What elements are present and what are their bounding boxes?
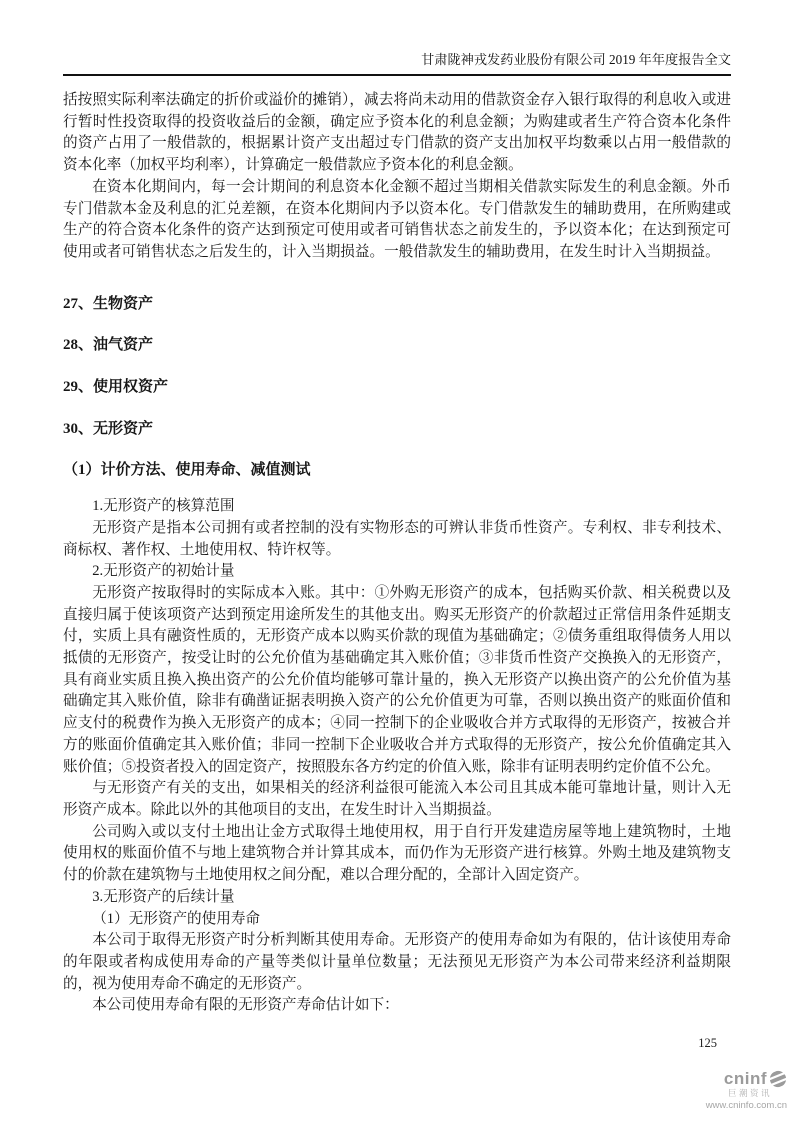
body-paragraph: 无形资产按取得时的实际成本入账。其中：①外购无形资产的成本，包括购买价款、相关税…	[63, 583, 731, 778]
body-paragraph: 公司购入或以支付土地出让金方式取得土地使用权，用于自行开发建造房屋等地上建筑物时…	[63, 822, 731, 887]
section-heading-29-right-of-use-assets: 29、使用权资产	[63, 377, 731, 399]
section-heading-30-intangible-assets: 30、无形资产	[63, 419, 731, 441]
cninfo-brand-row: cninf	[706, 1070, 787, 1088]
cninfo-logo: cninf 巨潮资讯 www.cninfo.com.cn	[706, 1070, 787, 1112]
body-paragraph: 2.无形资产的初始计量	[63, 561, 731, 583]
body-paragraph: 本公司使用寿命有限的无形资产寿命估计如下：	[63, 995, 731, 1017]
cninfo-brand-text: cninf	[724, 1070, 767, 1088]
body-paragraph: 本公司于取得无形资产时分析判断其使用寿命。无形资产的使用寿命如为有限的，估计该使…	[63, 930, 731, 995]
body-paragraph: （1）无形资产的使用寿命	[63, 909, 731, 931]
body-paragraph: 在资本化期间内，每一会计期间的利息资本化金额不超过当期相关借款实际发生的利息金额…	[63, 177, 731, 264]
section-heading-27-biological-assets: 27、生物资产	[63, 294, 731, 316]
cninfo-swirl-icon	[769, 1070, 787, 1088]
subsection-heading-valuation-method: （1）计价方法、使用寿命、减值测试	[63, 460, 731, 482]
body-paragraph: 无形资产是指本公司拥有或者控制的没有实物形态的可辨认非货币性资产。专利权、非专利…	[63, 518, 731, 561]
report-title: 甘肃陇神戎发药业股份有限公司 2019 年年度报告全文	[421, 52, 731, 67]
page-header: 甘肃陇神戎发药业股份有限公司 2019 年年度报告全文	[63, 50, 731, 76]
body-paragraph: 括按照实际利率法确定的折价或溢价的摊销），减去将尚未动用的借款资金存入银行取得的…	[63, 90, 731, 177]
body-paragraph: 与无形资产有关的支出，如果相关的经济利益很可能流入本公司且其成本能可靠地计量，则…	[63, 778, 731, 821]
page-number: 125	[698, 1036, 717, 1051]
document-body: 括按照实际利率法确定的折价或溢价的摊销），减去将尚未动用的借款资金存入银行取得的…	[63, 90, 731, 1017]
body-paragraph: 3.无形资产的后续计量	[63, 887, 731, 909]
cninfo-chinese-name: 巨潮资讯	[706, 1088, 787, 1098]
cninfo-url: www.cninfo.com.cn	[706, 1100, 787, 1112]
section-heading-28-oil-gas-assets: 28、油气资产	[63, 335, 731, 357]
report-page: 甘肃陇神戎发药业股份有限公司 2019 年年度报告全文 括按照实际利率法确定的折…	[0, 0, 793, 1122]
body-paragraph: 1.无形资产的核算范围	[63, 496, 731, 518]
